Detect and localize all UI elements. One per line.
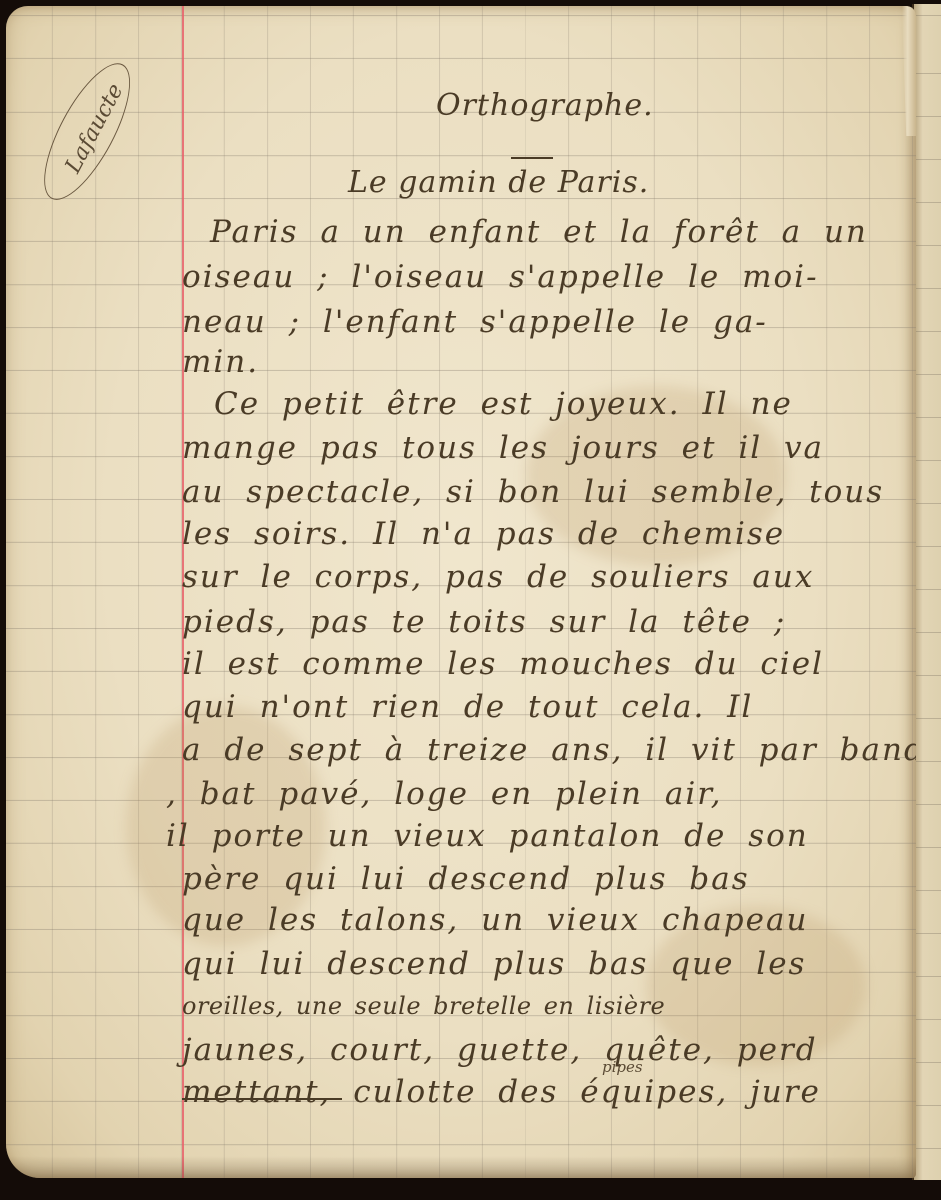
text-line: mange pas tous les jours et il va [182, 430, 824, 466]
text-line: oreilles, une seule bretelle en lisière [182, 992, 665, 1020]
text-line: min. [182, 344, 259, 380]
text-line: père qui lui descend plus bas [182, 861, 750, 897]
page-bottom-shadow [6, 1156, 916, 1178]
strike-through-mark [182, 1098, 342, 1100]
text-line: oiseau ; l'oiseau s'appelle le moi- [182, 259, 819, 295]
inserted-correction: pipes [602, 1058, 643, 1076]
text-line: Paris a un enfant et la forêt a un [210, 214, 868, 250]
text-line: qui lui descend plus bas que les [182, 946, 806, 982]
text-line: les soirs. Il n'a pas de chemise [182, 516, 785, 552]
text-line: qui n'ont rien de tout cela. Il [182, 689, 753, 725]
text-line-with-correction: mettant, culotte des équipes, jure [182, 1074, 821, 1110]
adjacent-page-edge [912, 4, 941, 1180]
notebook-page: Lafaucte Orthographe. Le gamin de Paris.… [6, 6, 916, 1178]
text-line: Ce petit être est joyeux. Il ne [214, 386, 793, 422]
text-line: il est comme les mouches du ciel [182, 646, 824, 682]
text-line: neau ; l'enfant s'appelle le ga- [182, 304, 768, 340]
teacher-signature: Lafaucte [32, 58, 152, 208]
text-line: que les talons, un vieux chapeau [182, 902, 808, 938]
text-line: pieds, pas te toits sur la tête ; [182, 604, 786, 640]
page-title: Orthographe. [436, 88, 654, 123]
scanned-notebook-page: Lafaucte Orthographe. Le gamin de Paris.… [0, 0, 941, 1200]
text-line: , bat pavé, loge en plein air, [166, 776, 723, 812]
text-line: sur le corps, pas de souliers aux [182, 559, 814, 595]
title-divider [511, 157, 553, 159]
dictation-title: Le gamin de Paris. [348, 165, 649, 200]
text-line: au spectacle, si bon lui semble, tous [182, 474, 884, 510]
text-line: jaunes, court, guette, quête, perd [182, 1032, 818, 1068]
text-line: a de sept à treize ans, il vit par bande [182, 732, 916, 768]
text-line: il porte un vieux pantalon de son [166, 818, 809, 854]
